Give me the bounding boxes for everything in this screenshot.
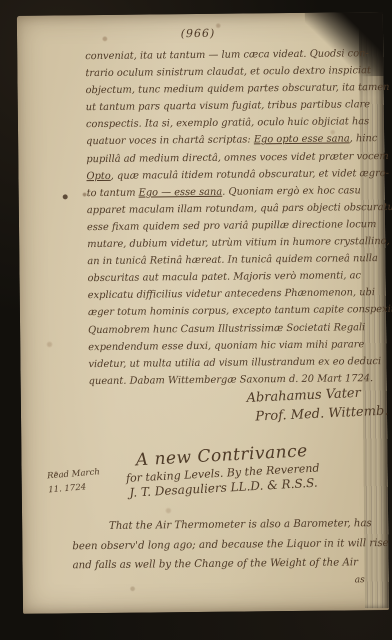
manuscript-photo: (966) conveniat, ita ut tantum — lum cæc… — [0, 0, 392, 640]
page-number: (966) — [113, 26, 283, 41]
margin-note: Read March 11. 1724 — [47, 465, 102, 497]
photograph-background: (966) conveniat, ita ut tantum — lum cæc… — [0, 0, 392, 640]
signature-block: Abrahamus Vater Prof. Med. Wittemb. — [246, 383, 389, 427]
english-paragraph: That the Air Thermometer is also a Barom… — [72, 514, 381, 576]
english-line: and falls as well by the Change of the W… — [72, 553, 371, 576]
manuscript-lines: conveniat, ita ut tantum — lum cæca vide… — [85, 45, 367, 390]
catchword: as — [355, 575, 365, 585]
ink-spot — [63, 194, 68, 199]
